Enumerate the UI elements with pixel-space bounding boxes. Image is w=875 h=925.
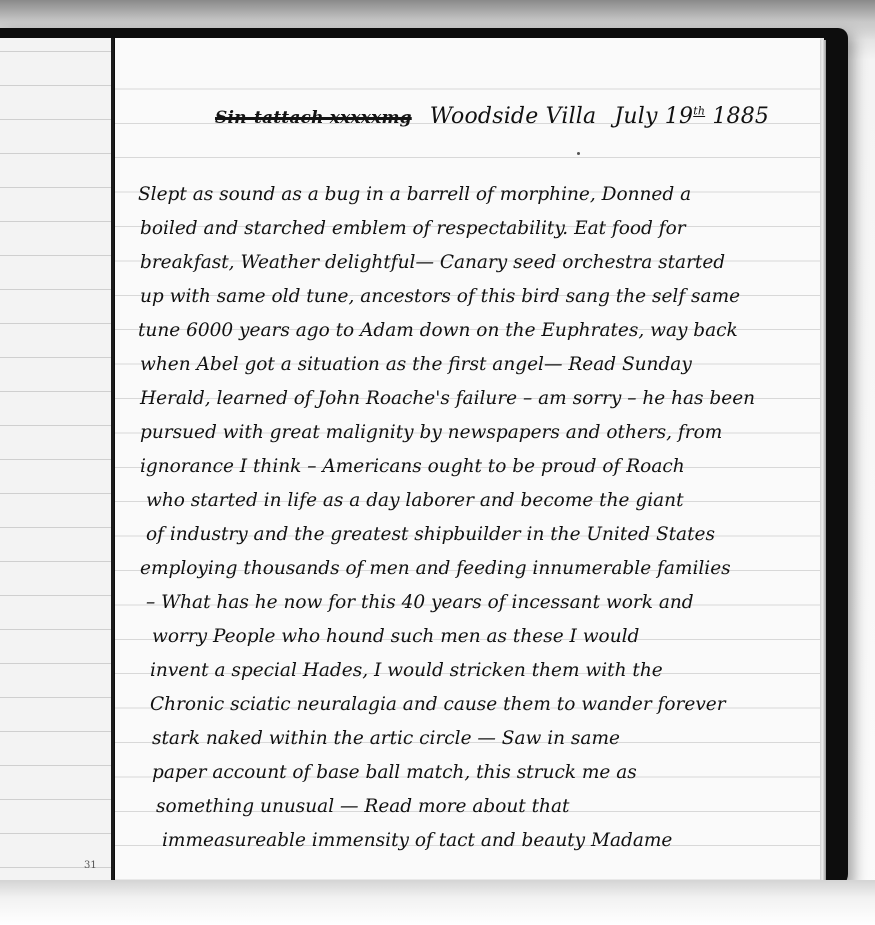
text-line: boiled and starched emblem of respectabi… — [140, 212, 820, 246]
heading-date-suffix: th — [693, 105, 705, 118]
text-line: something unusual — Read more about that — [156, 790, 836, 824]
ink-dot — [577, 152, 580, 155]
bottom-shadow — [0, 880, 875, 925]
text-line: Chronic sciatic neuralagia and cause the… — [150, 688, 830, 722]
entry-heading: Sin-tattach xxxxxmg Woodside Villa July … — [215, 104, 769, 129]
heading-year: 1885 — [712, 104, 769, 129]
text-line: employing thousands of men and feeding i… — [140, 552, 820, 586]
text-line: worry People who hound such men as these… — [152, 620, 832, 654]
text-line: – What has he now for this 40 years of i… — [146, 586, 826, 620]
struck-through-text: Sin-tattach xxxxxmg — [215, 108, 412, 128]
text-line: up with same old tune, ancestors of this… — [140, 280, 820, 314]
text-line: ignorance I think – Americans ought to b… — [140, 450, 820, 484]
heading-date: July 19th 1885 — [614, 104, 769, 129]
entry-body: Slept as sound as a bug in a barrell of … — [138, 178, 818, 858]
text-line: of industry and the greatest shipbuilder… — [146, 518, 826, 552]
text-line: breakfast, Weather delightful— Canary se… — [140, 246, 820, 280]
text-line: invent a special Hades, I would stricken… — [150, 654, 830, 688]
text-line: paper account of base ball match, this s… — [152, 756, 832, 790]
book-gutter — [111, 38, 114, 888]
heading-place: Woodside Villa — [430, 104, 597, 129]
text-line: Herald, learned of John Roache's failure… — [140, 382, 820, 416]
text-line: stark naked within the artic circle — Sa… — [152, 722, 832, 756]
text-line: Slept as sound as a bug in a barrell of … — [138, 178, 818, 212]
heading-date-day: July 19 — [614, 104, 693, 129]
text-line: immeasureable immensity of tact and beau… — [162, 824, 842, 858]
text-line: pursued with great malignity by newspape… — [140, 416, 820, 450]
text-line: tune 6000 years ago to Adam down on the … — [138, 314, 818, 348]
text-line: when Abel got a situation as the first a… — [140, 348, 820, 382]
diary-scan: 31 Sin-tattach xxxxxmg Woodside Villa Ju… — [0, 0, 875, 925]
text-line: who started in life as a day laborer and… — [146, 484, 826, 518]
page-number: 31 — [84, 860, 97, 871]
left-page — [0, 38, 112, 888]
